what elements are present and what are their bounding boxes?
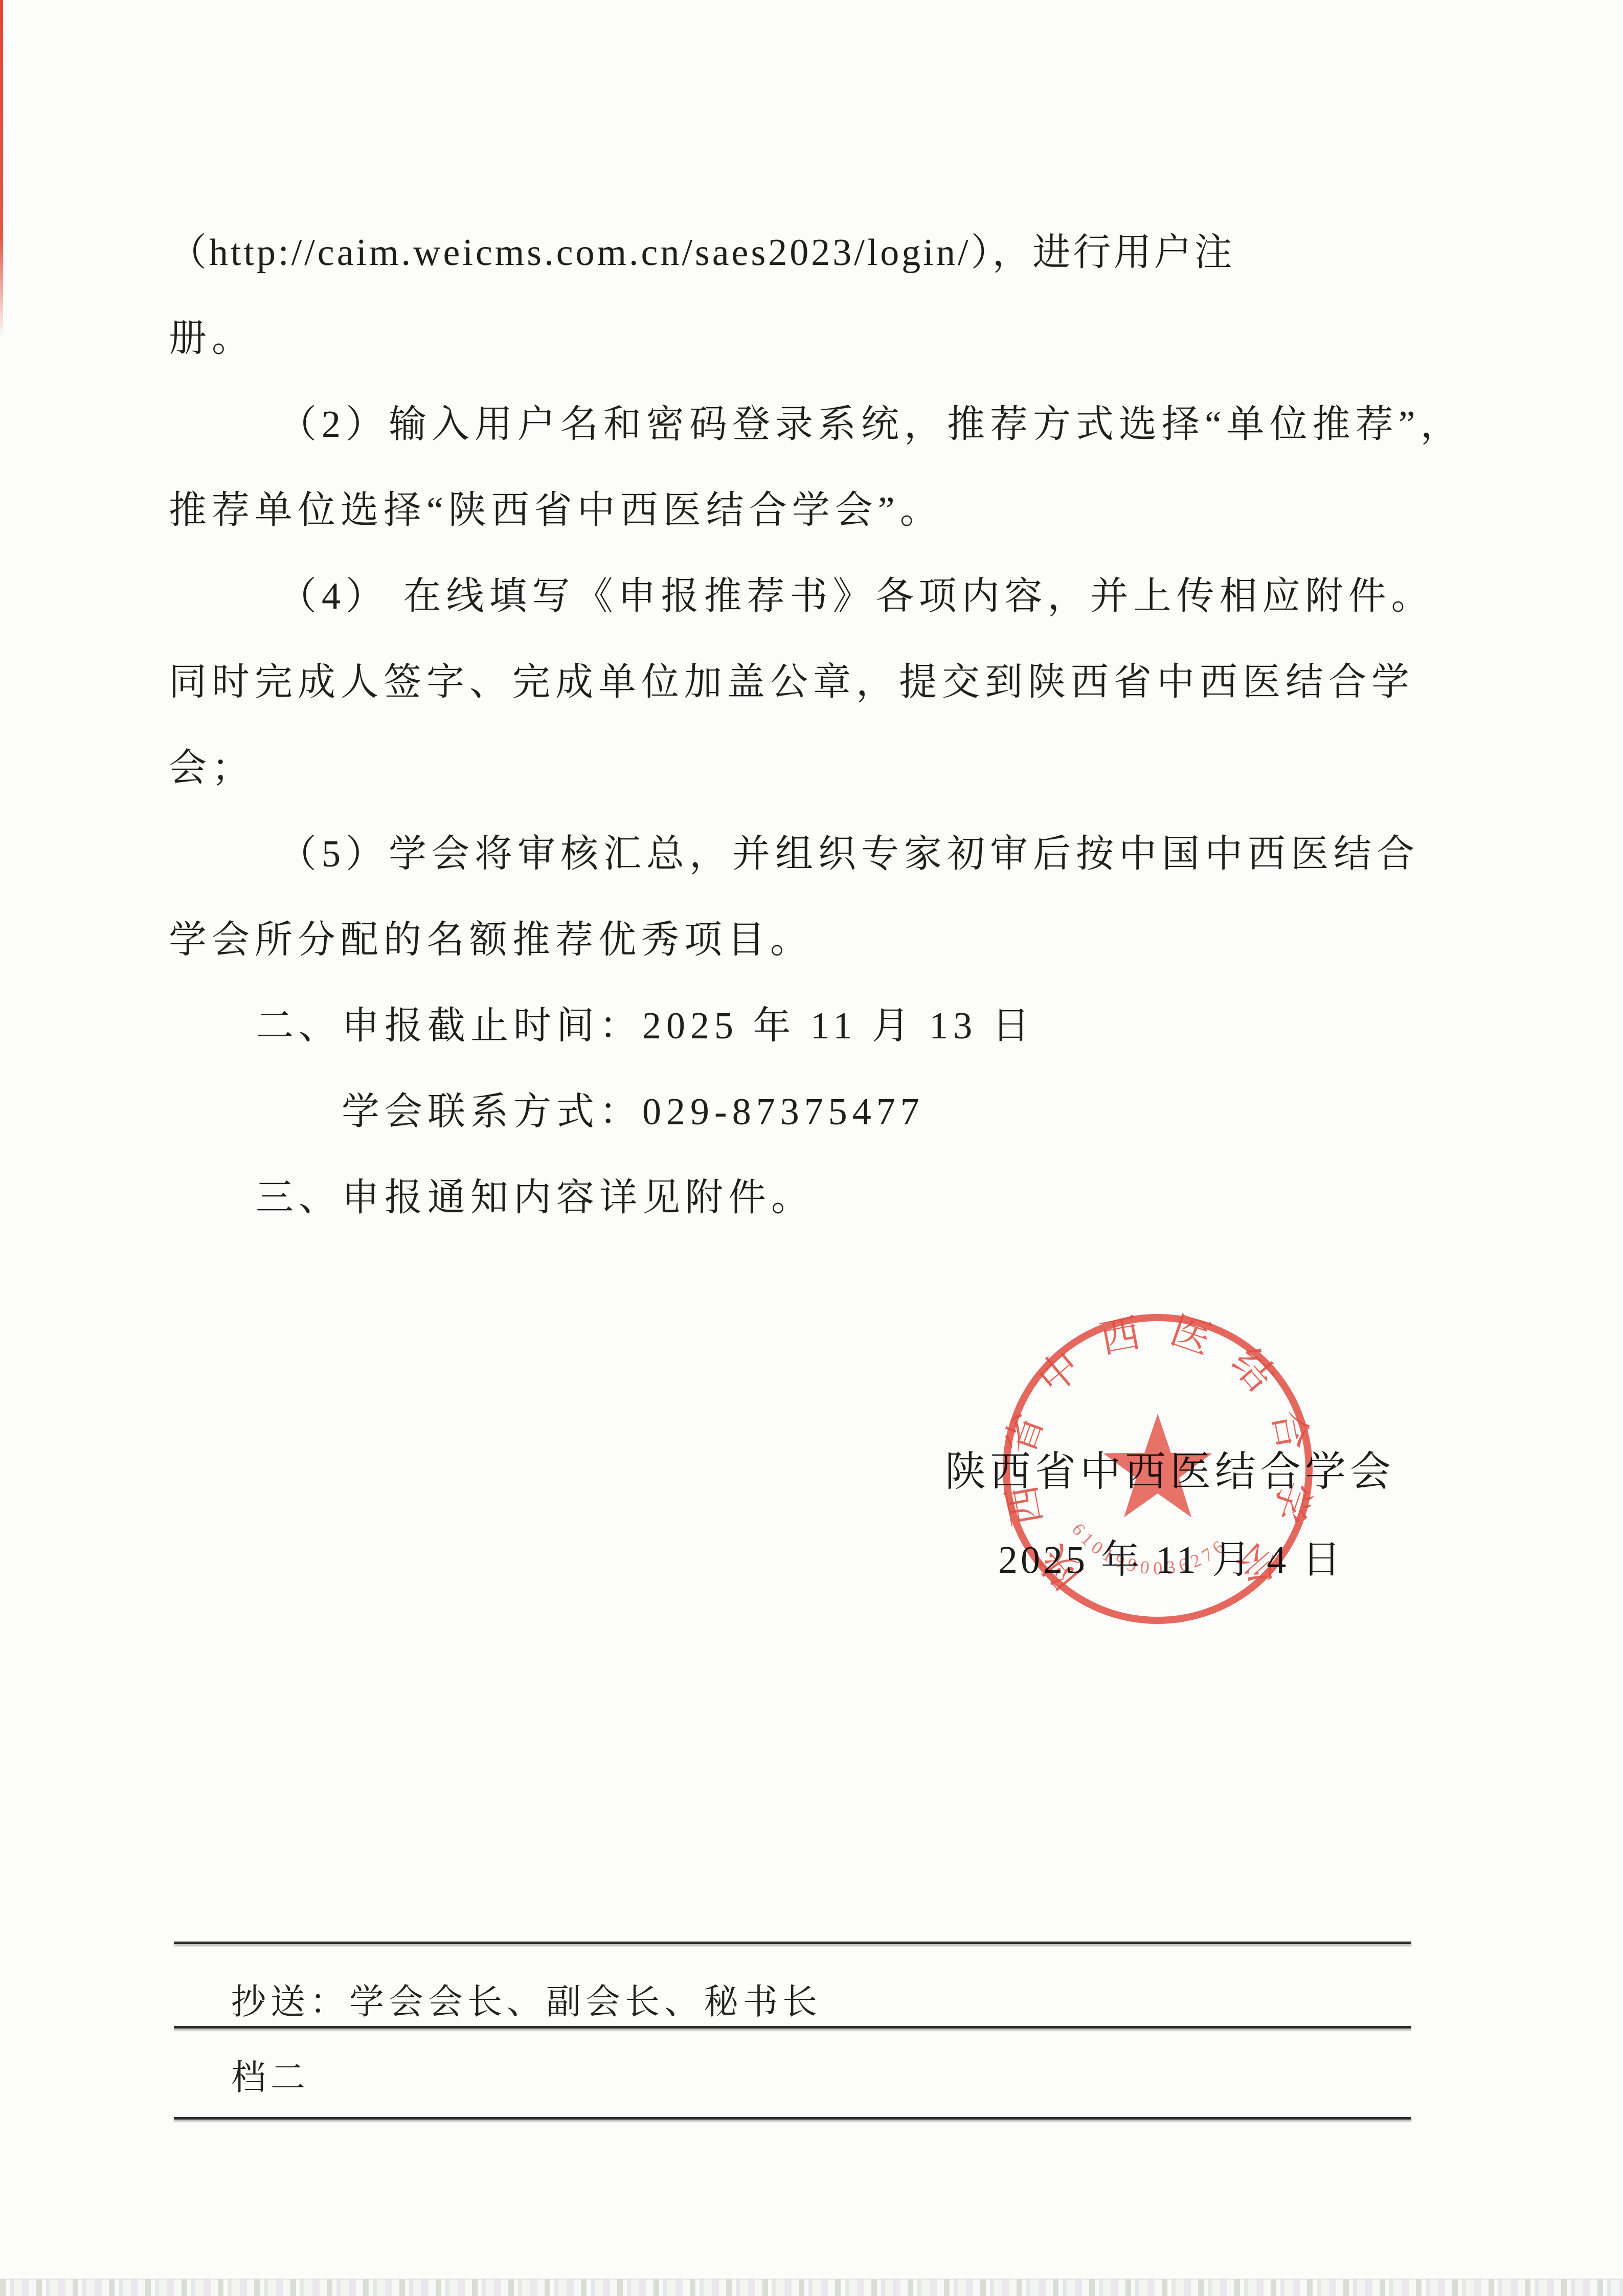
scan-edge-artifact-bottom [0,2279,1623,2296]
body-line: （5）学会将审核汇总，并组织专家初审后按中国中西医结合 [279,829,1419,880]
body-line: （2）输入用户名和密码登录系统，推荐方式选择“单位推荐”， [279,399,1463,450]
footer-archive-line: 档二 [231,2050,310,2100]
body-line: 二、申报截止时间：2025 年 11 月 13 日 [256,1000,1035,1052]
body-line: 同时完成人签字、完成单位加盖公章，提交到陕西省中西医结合学 [169,657,1414,708]
body-line: 推荐单位选择“陕西省中西医结合学会”。 [169,485,943,536]
body-line: 三、申报通知内容详见附件。 [256,1172,814,1223]
body-line: （4） 在线填写《申报推荐书》各项内容，并上传相应附件。 [279,571,1434,622]
seal-code: 6101990036276 [1068,1519,1232,1578]
footer-cc-line: 抄送：学会会长、副会长、秘书长 [231,1974,822,2024]
body-line: 会； [169,743,255,794]
footer-rule-top [174,1942,1411,1944]
official-seal: 陕西省中西医结合学会 6101990036276 [994,1305,1321,1633]
scan-edge-artifact-left [0,0,3,338]
body-line: 册。 [169,313,255,364]
body-line: 学会联系方式：029-87375477 [342,1086,925,1138]
footer-rule-middle [174,2026,1411,2028]
seal-star-icon [1103,1414,1212,1518]
document-page: （http://caim.weicms.com.cn/saes2023/logi… [0,0,1623,2296]
body-line: （http://caim.weicms.com.cn/saes2023/logi… [169,227,1234,278]
footer-rule-bottom [174,2117,1411,2120]
body-line: 学会所分配的名额推荐优秀项目。 [169,915,813,966]
